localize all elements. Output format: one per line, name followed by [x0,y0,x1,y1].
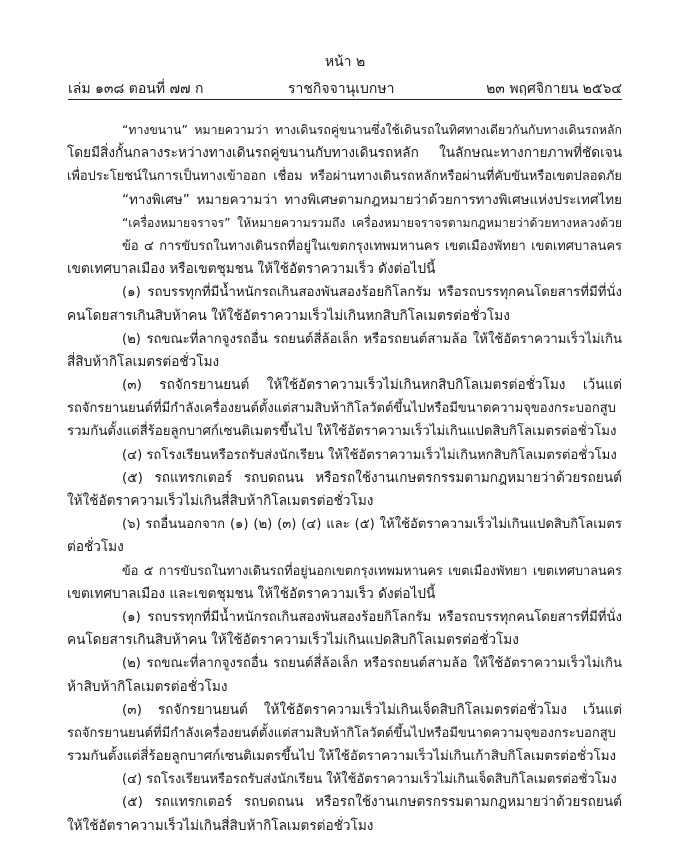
publication-date: ๒๓ พฤศจิกายน ๒๕๖๔ [486,78,622,100]
document-body: “ทางขนาน” หมายความว่า ทางเดินรถคู่ขนานซึ… [67,119,622,838]
text-line: (๔) รถโรงเรียนหรือรถรับส่งนักเรียน ให้ใช… [67,444,622,467]
text-line: (๕) รถแทรกเตอร์ รถบดถนน หรือรถใช้งานเกษต… [67,467,622,490]
text-line: เขตเทศบาลเมือง และเขตชุมชน ให้ใช้อัตราคว… [67,583,622,606]
text-line: คนโดยสารเกินสิบห้าคน ให้ใช้อัตราความเร็ว… [67,629,622,652]
text-line: รวมกันตั้งแต่สี่ร้อยลูกบาศก์เซนติเมตรขึ้… [67,745,622,768]
text-line: โดยมีสิ่งกั้นกลางระหว่างทางเดินรถคู่ขนาน… [67,142,622,165]
text-line: (๓) รถจักรยานยนต์ ให้ใช้อัตราความเร็วไม่… [67,699,622,722]
text-line: คนโดยสารเกินสิบห้าคน ให้ใช้อัตราความเร็ว… [67,305,622,328]
volume-issue: เล่ม ๑๓๘ ตอนที่ ๗๗ ก [68,78,203,100]
text-line: “ทางพิเศษ” หมายความว่า ทางพิเศษตามกฎหมาย… [67,189,622,212]
text-line: (๖) รถอื่นนอกจาก (๑) (๒) (๓) (๔) และ (๕)… [67,513,622,536]
text-line: ห้าสิบห้ากิโลเมตรต่อชั่วโมง [67,676,622,699]
text-line: รวมกันตั้งแต่สี่ร้อยลูกบาศก์เซนติเมตรขึ้… [67,420,622,443]
text-line: (๓) รถจักรยานยนต์ ให้ใช้อัตราความเร็วไม่… [67,374,622,397]
header-divider [68,99,622,100]
text-line: (๑) รถบรรทุกที่มีน้ำหนักรถเกินสองพันสองร… [67,281,622,304]
gazette-header: เล่ม ๑๓๘ ตอนที่ ๗๗ ก ราชกิจจานุเบกษา ๒๓ … [68,78,622,98]
text-line: เพื่อประโยชน์ในการเป็นทางเข้าออก เชื่อม … [67,165,622,188]
text-line: “ทางขนาน” หมายความว่า ทางเดินรถคู่ขนานซึ… [67,119,622,142]
text-line: “เครื่องหมายจราจร” ให้หมายความรวมถึง เคร… [67,212,622,235]
text-line: ให้ใช้อัตราความเร็วไม่เกินสี่สิบห้ากิโลเ… [67,815,622,838]
text-line: ข้อ ๔ การขับรถในทางเดินรถที่อยู่ในเขตกรุ… [67,235,622,258]
text-line: (๒) รถขณะที่ลากจูงรถอื่น รถยนต์สี่ล้อเล็… [67,652,622,675]
page-number: หน้า ๒ [0,51,690,73]
text-line: ข้อ ๕ การขับรถในทางเดินรถที่อยู่นอกเขตกร… [67,560,622,583]
text-line: (๕) รถแทรกเตอร์ รถบดถนน หรือรถใช้งานเกษต… [67,791,622,814]
text-line: ให้ใช้อัตราความเร็วไม่เกินสี่สิบห้ากิโลเ… [67,490,622,513]
text-line: (๒) รถขณะที่ลากจูงรถอื่น รถยนต์สี่ล้อเล็… [67,328,622,351]
text-line: ต่อชั่วโมง [67,536,622,559]
text-line: เขตเทศบาลเมือง หรือเขตชุมชน ให้ใช้อัตราค… [67,258,622,281]
text-line: สี่สิบห้ากิโลเมตรต่อชั่วโมง [67,351,622,374]
text-line: รถจักรยานยนต์ที่มีกำลังเครื่องยนต์ตั้งแต… [67,722,622,745]
text-line: (๔) รถโรงเรียนหรือรถรับส่งนักเรียน ให้ใช… [67,768,622,791]
text-line: รถจักรยานยนต์ที่มีกำลังเครื่องยนต์ตั้งแต… [67,397,622,420]
publication-title: ราชกิจจานุเบกษา [288,78,394,100]
text-line: (๑) รถบรรทุกที่มีน้ำหนักรถเกินสองพันสองร… [67,606,622,629]
